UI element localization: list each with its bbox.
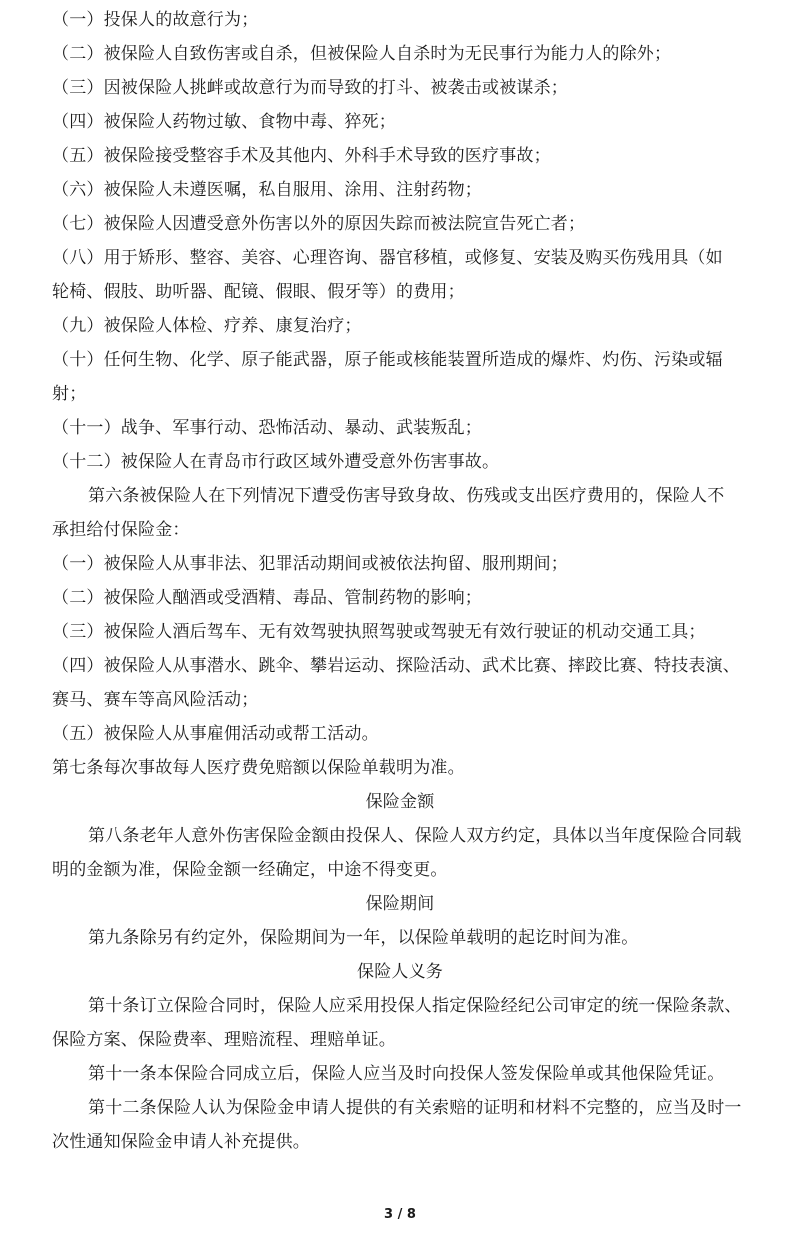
clause-item-continued: 赛马、赛车等高风险活动； bbox=[52, 689, 258, 711]
article-8-continued: 明的金额为准，保险金额一经确定，中途不得变更。 bbox=[52, 859, 448, 881]
clause-item: （四）被保险人药物过敏、食物中毒、猝死； bbox=[52, 111, 396, 133]
clause-item: （二）被保险人自致伤害或自杀，但被保险人自杀时为无民事行为能力人的除外； bbox=[52, 43, 671, 65]
clause-item: （五）被保险接受整容手术及其他内、外科手术导致的医疗事故； bbox=[52, 145, 551, 167]
clause-item: （十）任何生物、化学、原子能武器，原子能或核能装置所造成的爆炸、灼伤、污染或辐 bbox=[52, 349, 723, 371]
clause-item-continued: 射； bbox=[52, 383, 86, 405]
article-12-continued: 次性通知保险金申请人补充提供。 bbox=[52, 1131, 310, 1153]
clause-item: （十二）被保险人在青岛市行政区域外遭受意外伤害事故。 bbox=[52, 451, 499, 473]
document-page: （一）投保人的故意行为； （二）被保险人自致伤害或自杀，但被保险人自杀时为无民事… bbox=[0, 0, 800, 1240]
clause-item: （八）用于矫形、整容、美容、心理咨询、器官移植，或修复、安装及购买伤残用具（如 bbox=[52, 247, 723, 269]
article-12: 第十二条保险人认为保险金申请人提供的有关索赔的证明和材料不完整的，应当及时一 bbox=[88, 1097, 742, 1119]
clause-item: （二）被保险人酗酒或受酒精、毒品、管制药物的影响； bbox=[52, 587, 482, 609]
clause-item: （七）被保险人因遭受意外伤害以外的原因失踪而被法院宣告死亡者； bbox=[52, 213, 585, 235]
clause-item: （十一）战争、军事行动、恐怖活动、暴动、武装叛乱； bbox=[52, 417, 482, 439]
article-6: 第六条被保险人在下列情况下遭受伤害导致身故、伤残或支出医疗费用的，保险人不 bbox=[88, 485, 724, 507]
article-11: 第十一条本保险合同成立后，保险人应当及时向投保人签发保险单或其他保险凭证。 bbox=[88, 1063, 724, 1085]
article-10-continued: 保险方案、保险费率、理赔流程、理赔单证。 bbox=[52, 1029, 396, 1051]
clause-item: （三）被保险人酒后驾车、无有效驾驶执照驾驶或驾驶无有效行驶证的机动交通工具； bbox=[52, 621, 706, 643]
clause-item: （五）被保险人从事雇佣活动或帮工活动。 bbox=[52, 723, 379, 745]
clause-item: （九）被保险人体检、疗养、康复治疗； bbox=[52, 315, 362, 337]
section-heading-insured-amount: 保险金额 bbox=[0, 791, 800, 813]
clause-item: （四）被保险人从事潜水、跳伞、攀岩运动、探险活动、武术比赛、摔跤比赛、特技表演、 bbox=[52, 655, 740, 677]
section-heading-insurer-obligations: 保险人义务 bbox=[0, 961, 800, 983]
clause-item: （六）被保险人未遵医嘱，私自服用、涂用、注射药物； bbox=[52, 179, 482, 201]
article-10: 第十条订立保险合同时，保险人应采用投保人指定保险经纪公司审定的统一保险条款、 bbox=[88, 995, 742, 1017]
article-8: 第八条老年人意外伤害保险金额由投保人、保险人双方约定，具体以当年度保险合同载 bbox=[88, 825, 742, 847]
article-9: 第九条除另有约定外，保险期间为一年，以保险单载明的起讫时间为准。 bbox=[88, 927, 638, 949]
section-heading-insurance-period: 保险期间 bbox=[0, 893, 800, 915]
clause-item: （一）被保险人从事非法、犯罪活动期间或被依法拘留、服刑期间； bbox=[52, 553, 568, 575]
clause-item: （三）因被保险人挑衅或故意行为而导致的打斗、被袭击或被谋杀； bbox=[52, 77, 568, 99]
page-number: 3 / 8 bbox=[0, 1207, 800, 1222]
clause-item-continued: 轮椅、假肢、助听器、配镜、假眼、假牙等）的费用； bbox=[52, 281, 465, 303]
article-7: 第七条每次事故每人医疗费免赔额以保险单载明为准。 bbox=[52, 757, 465, 779]
article-6-continued: 承担给付保险金： bbox=[52, 519, 190, 541]
clause-item: （一）投保人的故意行为； bbox=[52, 9, 258, 31]
